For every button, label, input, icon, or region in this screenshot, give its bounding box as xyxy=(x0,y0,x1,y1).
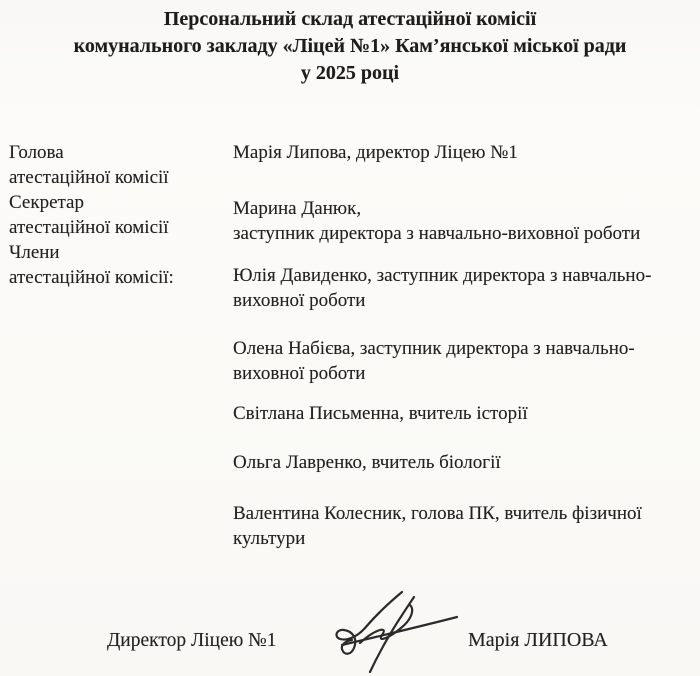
title-line-3: у 2025 році xyxy=(0,60,700,87)
document-page: Персональний склад атестаційної комісії … xyxy=(0,0,700,676)
member-line: Світлана Письменна, вчитель історії xyxy=(233,401,695,426)
title-line-1: Персональний склад атестаційної комісії xyxy=(0,6,700,33)
document-title: Персональний склад атестаційної комісії … xyxy=(0,6,700,87)
role-line-chair-2: атестаційної комісії xyxy=(9,165,231,190)
member-line: Олена Набієва, заступник директора з нав… xyxy=(233,336,695,361)
role-line-members-2: атестаційної комісії: xyxy=(9,265,231,290)
member-entry-3: Світлана Письменна, вчитель історії xyxy=(233,401,695,426)
member-entry-4: Ольга Лавренко, вчитель біології xyxy=(233,450,695,475)
member-line: виховної роботи xyxy=(233,288,695,313)
roles-column: Голова атестаційної комісії Секретар ате… xyxy=(9,140,231,290)
role-line-secretary-2: атестаційної комісії xyxy=(9,215,231,240)
signature-icon xyxy=(330,588,460,674)
member-entry-1: Юлія Давиденко, заступник директора з на… xyxy=(233,263,695,313)
member-entry-chair: Марія Липова, директор Ліцею №1 xyxy=(233,140,695,165)
member-line: Ольга Лавренко, вчитель біології xyxy=(233,450,695,475)
role-line-members: Члени xyxy=(9,240,231,265)
member-line: заступник директора з навчально-виховної… xyxy=(233,221,695,246)
role-line-chair: Голова xyxy=(9,140,231,165)
title-line-2: комунального закладу «Ліцей №1» Кам’янсь… xyxy=(0,33,700,60)
member-entry-5: Валентина Колесник, голова ПК, вчитель ф… xyxy=(233,501,695,551)
signer-name: Марія ЛИПОВА xyxy=(468,629,608,652)
member-line: Юлія Давиденко, заступник директора з на… xyxy=(233,263,695,288)
member-line: Марина Данюк, xyxy=(233,196,695,221)
signer-role-label: Директор Ліцею №1 xyxy=(107,630,277,652)
role-line-secretary: Секретар xyxy=(9,190,231,215)
member-line: Валентина Колесник, голова ПК, вчитель ф… xyxy=(233,501,695,526)
member-entry-secretary: Марина Данюк, заступник директора з навч… xyxy=(233,196,695,246)
member-line: виховної роботи xyxy=(233,361,695,386)
member-entry-2: Олена Набієва, заступник директора з нав… xyxy=(233,336,695,386)
member-line: Марія Липова, директор Ліцею №1 xyxy=(233,140,695,165)
member-line: культури xyxy=(233,526,695,551)
